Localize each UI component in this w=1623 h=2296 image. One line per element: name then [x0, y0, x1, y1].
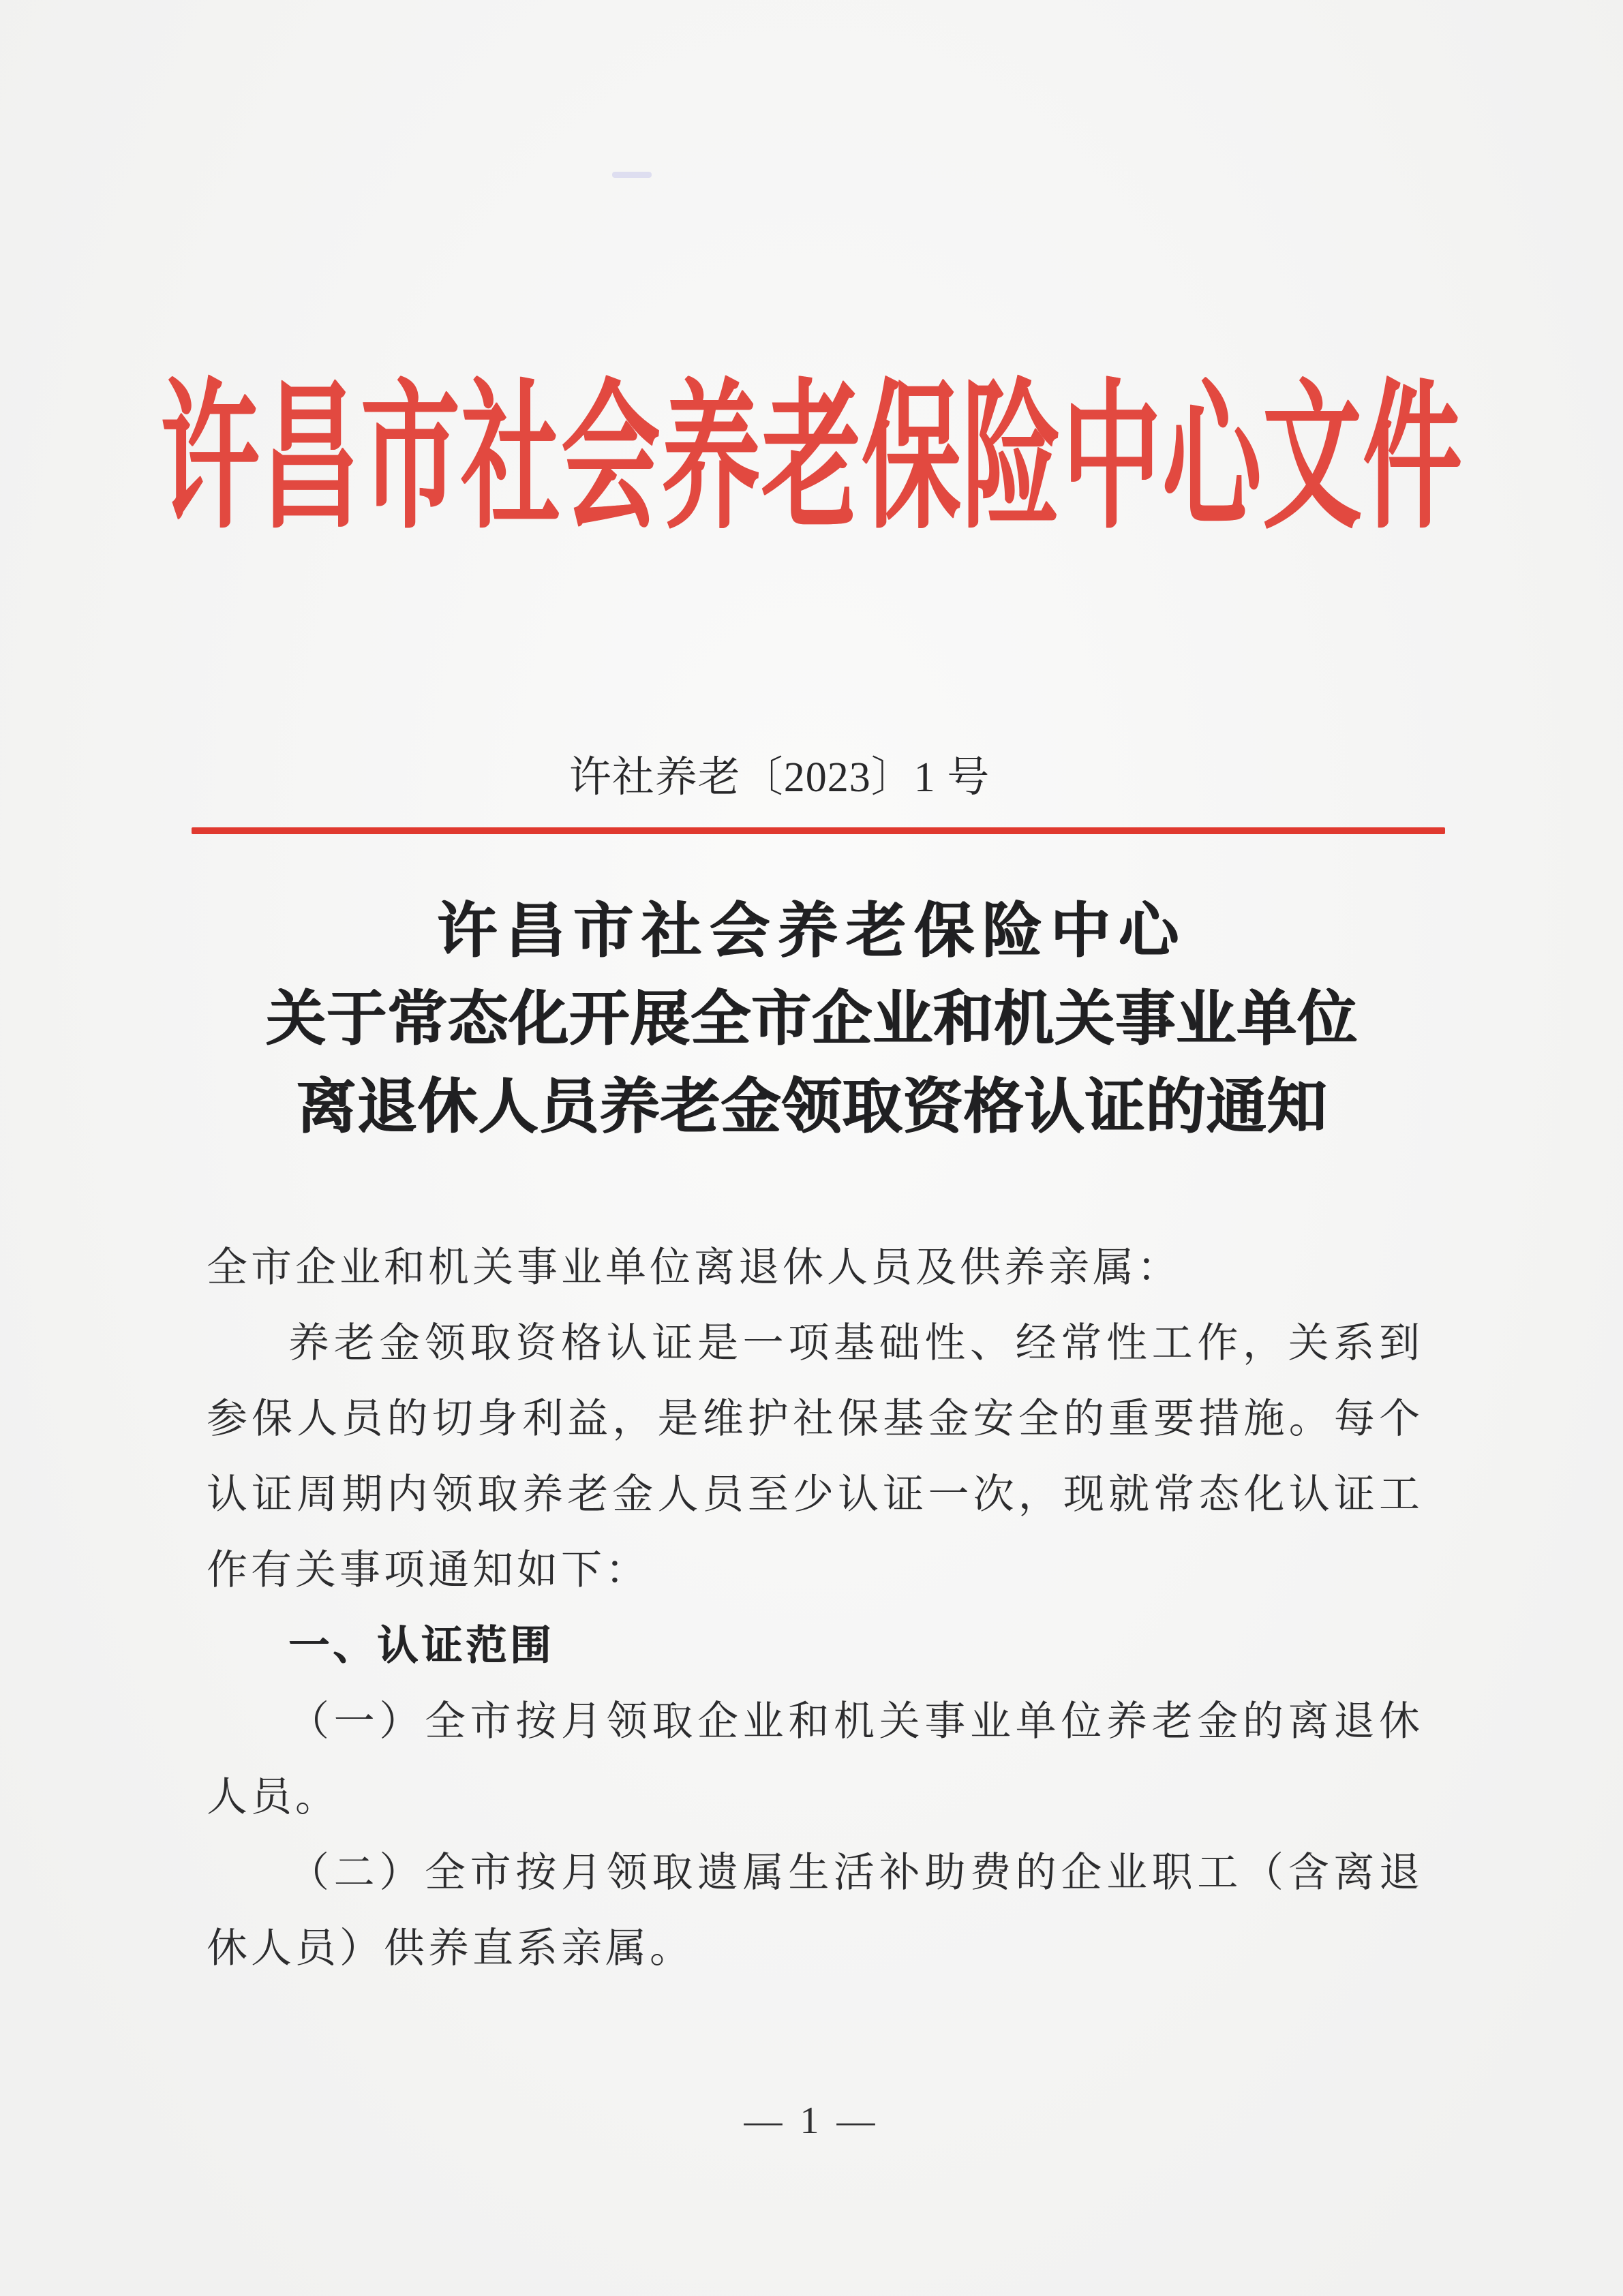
document-title-line-1: 许昌市社会养老保险中心 — [0, 888, 1623, 976]
document-title-line-2: 关于常态化开展全市企业和机关事业单位 — [0, 976, 1623, 1064]
section-1-item-2: （二）全市按月领取遗属生活补助费的企业职工（含离退休人员）供养直系亲属。 — [207, 1835, 1423, 1987]
section-1-heading: 一、认证范围 — [207, 1608, 1423, 1684]
document-page: 许昌市社会养老保险中心文件 许社养老〔2023〕1 号 许昌市社会养老保险中心 … — [0, 0, 1623, 2296]
salutation-line: 全市企业和机关事业单位离退休人员及供养亲属： — [207, 1230, 1423, 1306]
document-number: 许社养老〔2023〕1 号 — [0, 755, 1591, 800]
intro-paragraph: 养老金领取资格认证是一项基础性、经常性工作，关系到参保人员的切身利益，是维护社保… — [207, 1306, 1423, 1608]
document-body: 全市企业和机关事业单位离退休人员及供养亲属： 养老金领取资格认证是一项基础性、经… — [207, 1230, 1423, 1987]
page-number: — 1 — — [0, 2100, 1623, 2141]
letterhead-banner: 许昌市社会养老保险中心文件 — [0, 361, 1623, 559]
scan-artifact — [612, 172, 652, 178]
letterhead-banner-title: 许昌市社会养老保险中心文件 — [160, 380, 1463, 540]
red-divider-line — [192, 827, 1445, 834]
document-title: 许昌市社会养老保险中心 关于常态化开展全市企业和机关事业单位 离退休人员养老金领… — [0, 888, 1623, 1152]
document-title-line-3: 离退休人员养老金领取资格认证的通知 — [0, 1064, 1623, 1152]
section-1-item-1: （一）全市按月领取企业和机关事业单位养老金的离退休人员。 — [207, 1684, 1423, 1835]
